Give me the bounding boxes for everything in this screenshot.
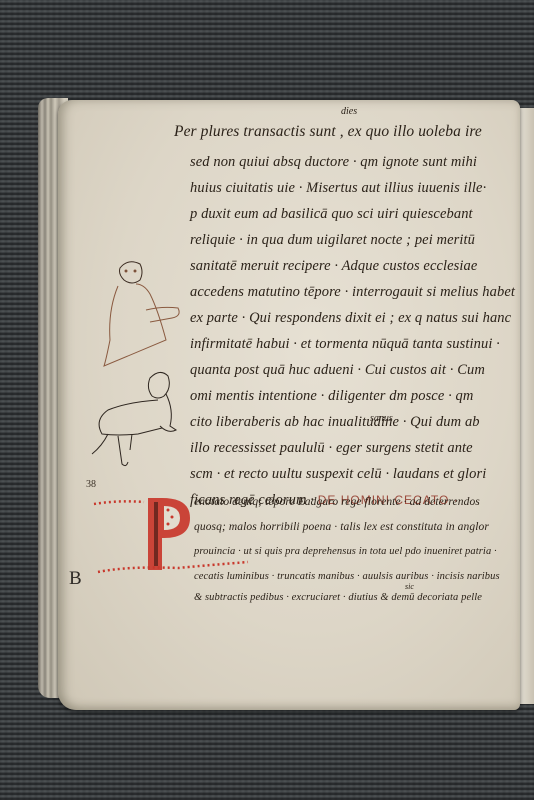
- section-line-3: prouincia · ut si quis pra deprehensus i…: [194, 546, 497, 557]
- decorated-initial-p: [138, 490, 192, 576]
- folio-number: 38: [86, 479, 96, 490]
- text-line-5: reliquie · in qua dum uigilaret nocte ; …: [190, 232, 475, 249]
- section-line-4: cecatis luminibus · truncatis manibus · …: [194, 571, 500, 582]
- text-line-10: quanta post quā huc adueni · Cui custos …: [190, 362, 485, 379]
- section-line-2: quosq; malos horribili poena · talis lex…: [194, 521, 489, 533]
- text-line-9: infirmitatē habui · et tormenta nūquā ta…: [190, 336, 500, 353]
- interlinear-gloss: dies: [341, 106, 357, 117]
- interlinear-gloss: sanus: [370, 413, 393, 424]
- marginal-drawing: [88, 250, 198, 470]
- section-line-5: & subtractis pedibus · excruciaret · diu…: [194, 592, 482, 603]
- text-line-7: accedens matutino tēpore · interrogauit …: [190, 284, 515, 301]
- text-line-1: Per plures transactis sunt , ex quo illo…: [174, 123, 482, 141]
- text-line-4: p duxit eum ad basilicā quo sci uiri qui…: [190, 206, 473, 223]
- shelfmark-letter: B: [69, 568, 82, 590]
- text-line-8: ex parte · Qui respondens dixit ei ; ex …: [190, 310, 511, 327]
- text-line-2: sed non quiui absq ductore · qm ignote s…: [190, 154, 477, 171]
- text-line-12: cito liberaberis ab hac inualitudine · Q…: [190, 414, 480, 431]
- text-line-3: huius ciuitatis uie · Misertus aut illiu…: [190, 180, 486, 197]
- section-line-1: enotato deniq; tēpore Eadgaro rege flore…: [194, 496, 480, 508]
- text-line-13: illo recessisset paululū · eger surgens …: [190, 440, 473, 457]
- text-line-6: sanitatē meruit recipere · Adque custos …: [190, 258, 477, 275]
- text-line-14: scm · et recto uultu suspexit celū · lau…: [190, 466, 486, 483]
- interlinear-gloss: sic: [405, 582, 414, 591]
- text-line-11: omi mentis intentione · diligenter dm po…: [190, 388, 473, 405]
